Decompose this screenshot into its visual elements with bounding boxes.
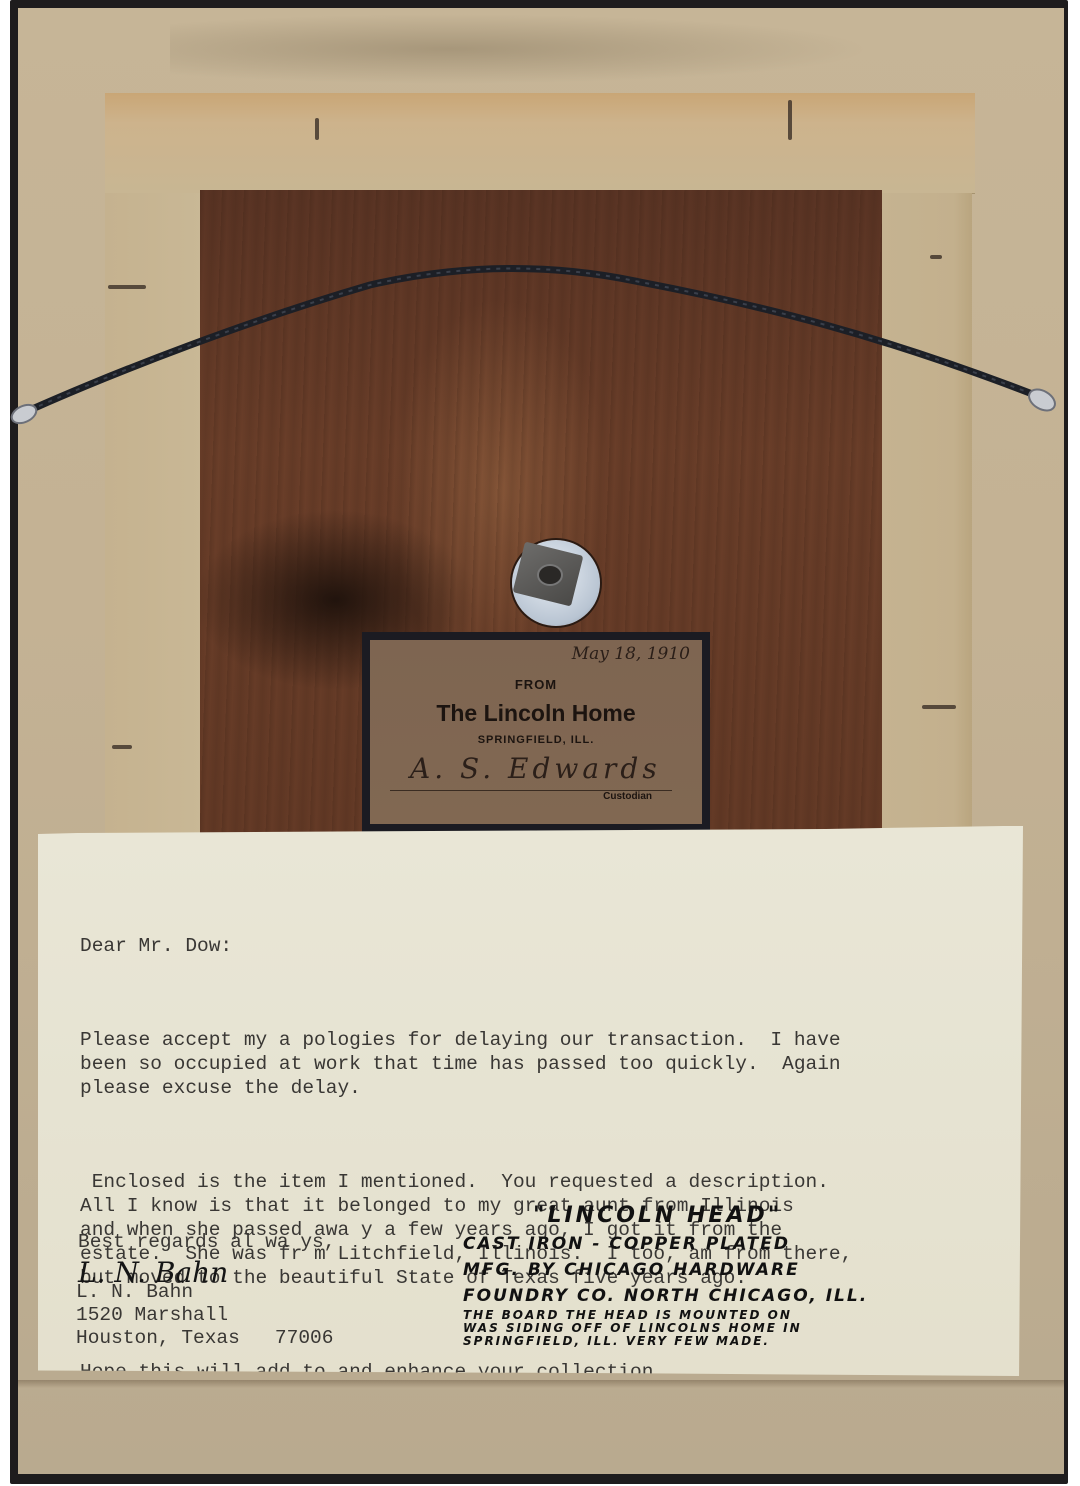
note-title: "Lincoln Head" xyxy=(533,1201,963,1231)
screw-icon xyxy=(537,564,563,586)
ink-mark xyxy=(930,255,942,259)
note-line: Cast Iron - Copper Plated xyxy=(463,1231,963,1257)
ink-mark xyxy=(922,705,956,709)
handwritten-note: "Lincoln Head" Cast Iron - Copper Plated… xyxy=(463,1201,963,1348)
ink-mark xyxy=(112,745,132,749)
note-small-line: Springfield, Ill. Very few made. xyxy=(463,1335,963,1348)
letter-shadow xyxy=(18,1380,1064,1388)
ink-mark xyxy=(788,100,792,140)
paper-tape-left xyxy=(105,193,205,893)
note-line: Foundry Co. North Chicago, Ill. xyxy=(463,1283,963,1309)
sender-address: L. N. Bahn1520 MarshallHouston, Texas 77… xyxy=(76,1281,333,1350)
label-from: FROM xyxy=(370,677,702,692)
label-signature: A. S. Edwards xyxy=(410,752,661,785)
note-line: Mfg. By Chicago Hardware xyxy=(463,1257,963,1283)
letter-paragraph: Please accept my a pologies for delaying… xyxy=(80,1028,980,1100)
address-line-2: Houston, Texas 77006 xyxy=(76,1327,333,1350)
typed-letter: Dear Mr. Dow: Please accept my a pologie… xyxy=(38,826,1023,1376)
provenance-label: May 18, 1910 FROM The Lincoln Home SPRIN… xyxy=(362,632,710,832)
label-city: SPRINGFIELD, ILL. xyxy=(370,734,702,746)
ink-mark xyxy=(315,118,319,140)
water-stain xyxy=(170,14,870,84)
paper-tape-right xyxy=(880,193,972,893)
letter-body: Dear Mr. Dow: Please accept my a pologie… xyxy=(80,886,980,1454)
letter-closing: Best regards al wa ys, xyxy=(78,1230,335,1254)
paper-tape-top xyxy=(105,93,975,194)
sender-name: L. N. Bahn xyxy=(76,1281,333,1304)
label-role: Custodian xyxy=(603,791,652,802)
ink-mark xyxy=(108,285,146,289)
label-date: May 18, 1910 xyxy=(572,644,690,664)
label-title: The Lincoln Home xyxy=(370,700,702,727)
letter-salutation: Dear Mr. Dow: xyxy=(80,934,980,958)
address-line-1: 1520 Marshall xyxy=(76,1304,333,1327)
